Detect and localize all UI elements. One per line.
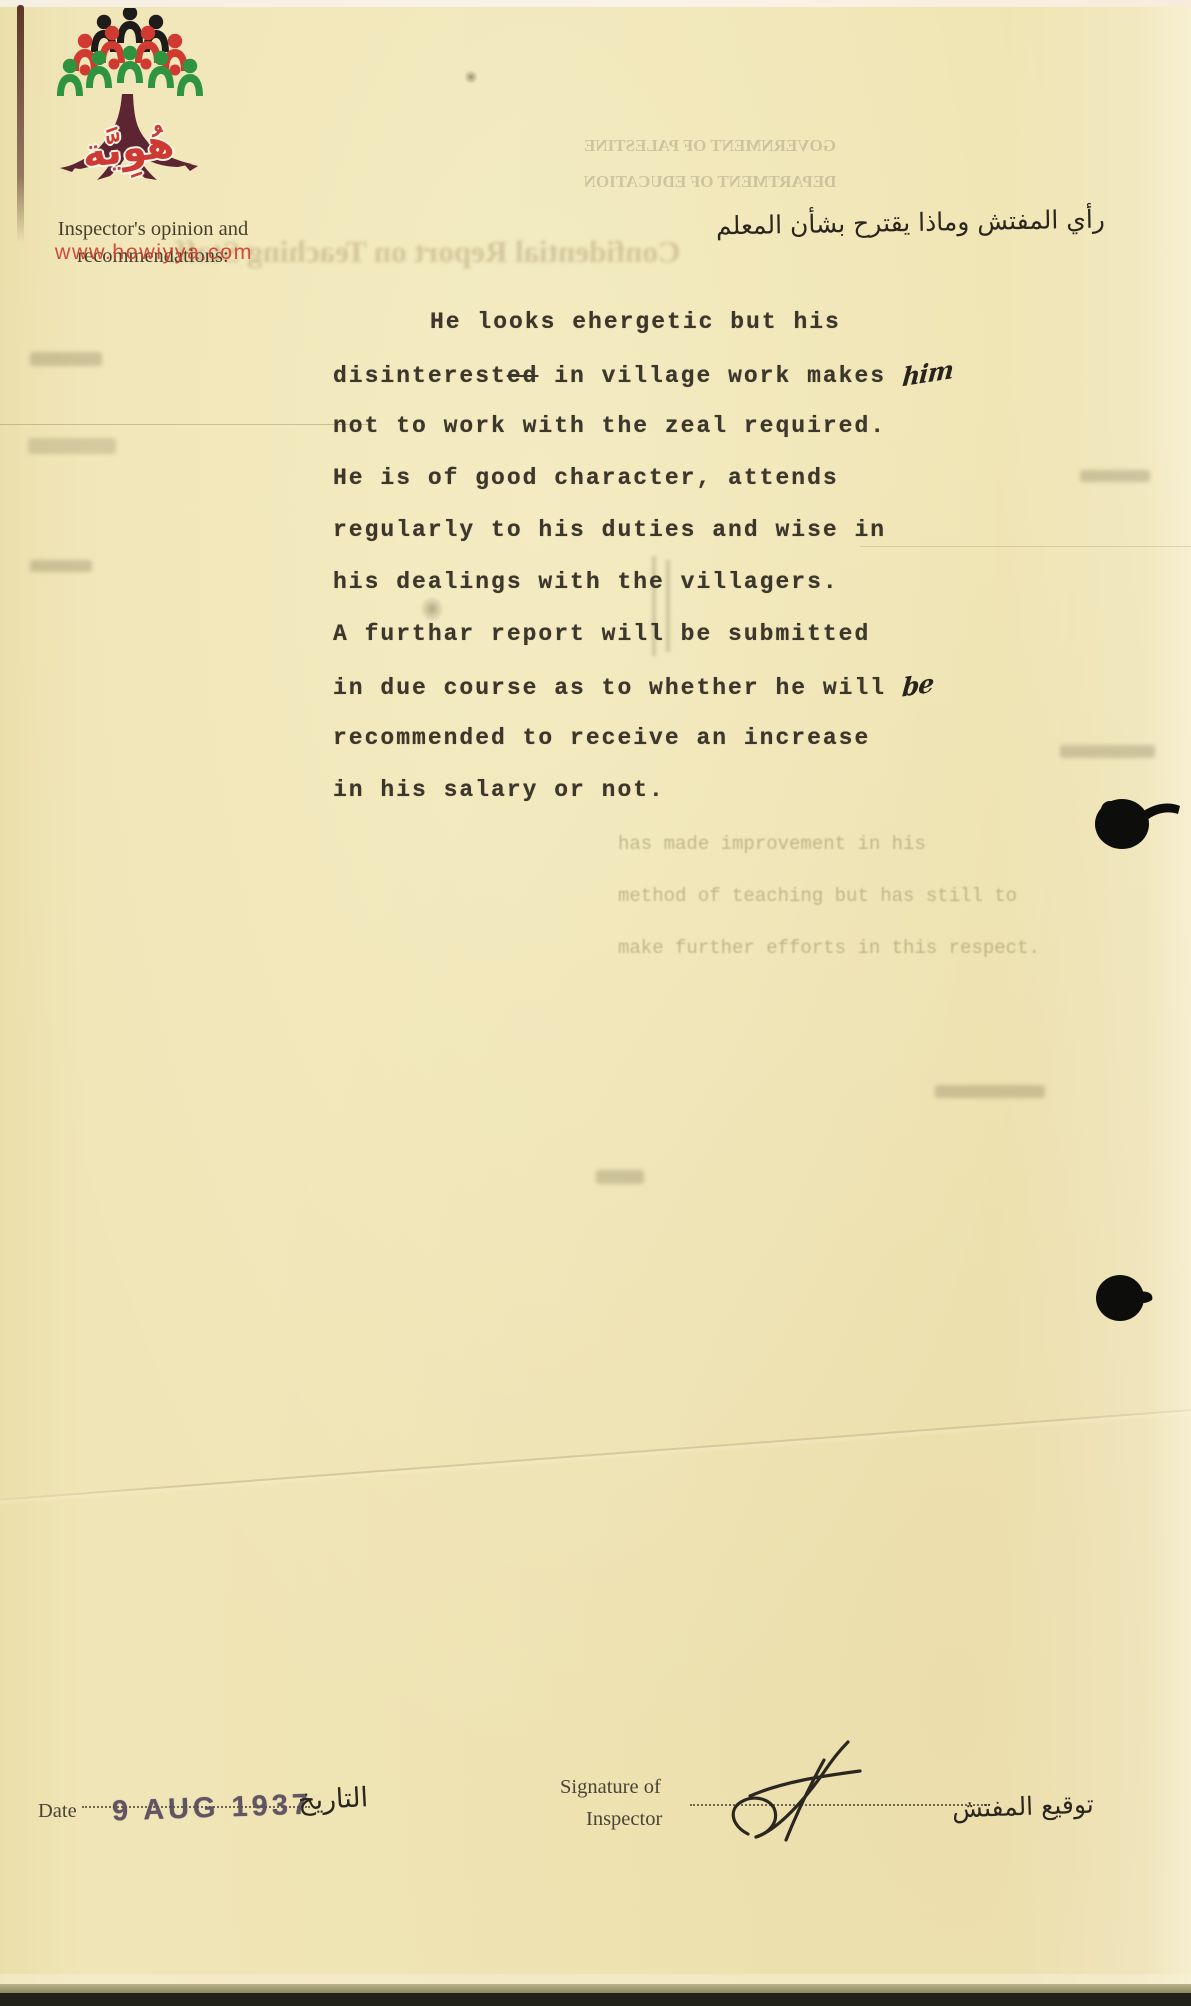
scan-edge-right	[1145, 0, 1191, 2006]
paper-speck	[464, 70, 478, 84]
typed-line-5: regularly to his duties and wise in	[333, 504, 953, 556]
bleed-through-typed-paragraph: has made improvement in his method of te…	[618, 818, 1040, 974]
typed-line-9: recommended to receive an increase	[333, 712, 953, 764]
struck-text: ed	[507, 363, 539, 389]
ink-blot-icon	[1090, 1268, 1160, 1328]
ghost-smudge	[1060, 745, 1155, 758]
bottom-scan-strip	[0, 1974, 1191, 1984]
typed-line-8: in due course as to whether he willbe	[333, 660, 953, 712]
bleed-through-government-lines: GOVERNMENT OF PALESTINE DEPARTMENT OF ED…	[560, 128, 860, 200]
typed-line-10: in his salary or not.	[333, 764, 953, 816]
typed-paragraph: He looks ehergetic but his disinterested…	[333, 296, 953, 816]
scan-edge-top	[0, 0, 1191, 7]
scan-edge-left	[17, 5, 24, 243]
ink-correction-smudge	[420, 596, 444, 622]
signature-of-label: Signature of	[560, 1776, 661, 1799]
bleed-through-gov-line2: DEPARTMENT OF EDUCATION	[560, 164, 860, 200]
signature-arabic-label: توقيع المفتش	[952, 1790, 1095, 1824]
inspector-signature-mark	[718, 1738, 893, 1850]
bleed-through-typed-line3: make further efforts in this respect.	[618, 922, 1040, 974]
howiyya-logo: هُوِيَّة	[52, 8, 208, 194]
ghost-smudge	[596, 1170, 644, 1184]
typed-line-2: disinterested in village work makeshim	[333, 348, 953, 400]
ghost-smudge	[935, 1085, 1045, 1098]
date-label: Date	[38, 1800, 77, 1823]
ink-blot-icon	[1090, 788, 1185, 853]
handwritten-be: be	[900, 657, 936, 715]
ghost-smudge	[30, 560, 92, 572]
handwritten-him: him	[900, 343, 955, 404]
arabic-header: رأي المفتش وماذا يقترح بشأن المعلم	[716, 205, 1105, 241]
inspector-label: Inspector	[586, 1808, 662, 1831]
paper-crease	[0, 424, 370, 425]
bleed-through-typed-line2: method of teaching but has still to	[618, 870, 1040, 922]
inspector-opinion-label-line1: Inspector's opinion and	[30, 216, 276, 243]
scanned-document-page: GOVERNMENT OF PALESTINE DEPARTMENT OF ED…	[0, 0, 1191, 2006]
bottom-scan-band	[0, 1993, 1191, 2006]
paper-fold-crease	[0, 1401, 1191, 1505]
bottom-scan-band-olive	[0, 1984, 1191, 1993]
date-arabic-label: التاريخ	[297, 1782, 369, 1817]
ghost-smudge	[30, 352, 102, 366]
date-stamp: 9 AUG 1937	[111, 1789, 312, 1829]
ghost-smudge	[1080, 470, 1150, 482]
site-watermark: www.howiyya.com	[24, 240, 284, 265]
bleed-through-typed-line1: has made improvement in his	[618, 818, 1040, 870]
ghost-smudge	[28, 438, 116, 454]
typed-line-1: He looks ehergetic but his	[333, 296, 953, 348]
bleed-through-gov-line1: GOVERNMENT OF PALESTINE	[560, 128, 860, 164]
typed-line-3: not to work with the zeal required.	[333, 400, 953, 452]
typed-line-4: He is of good character, attends	[333, 452, 953, 504]
